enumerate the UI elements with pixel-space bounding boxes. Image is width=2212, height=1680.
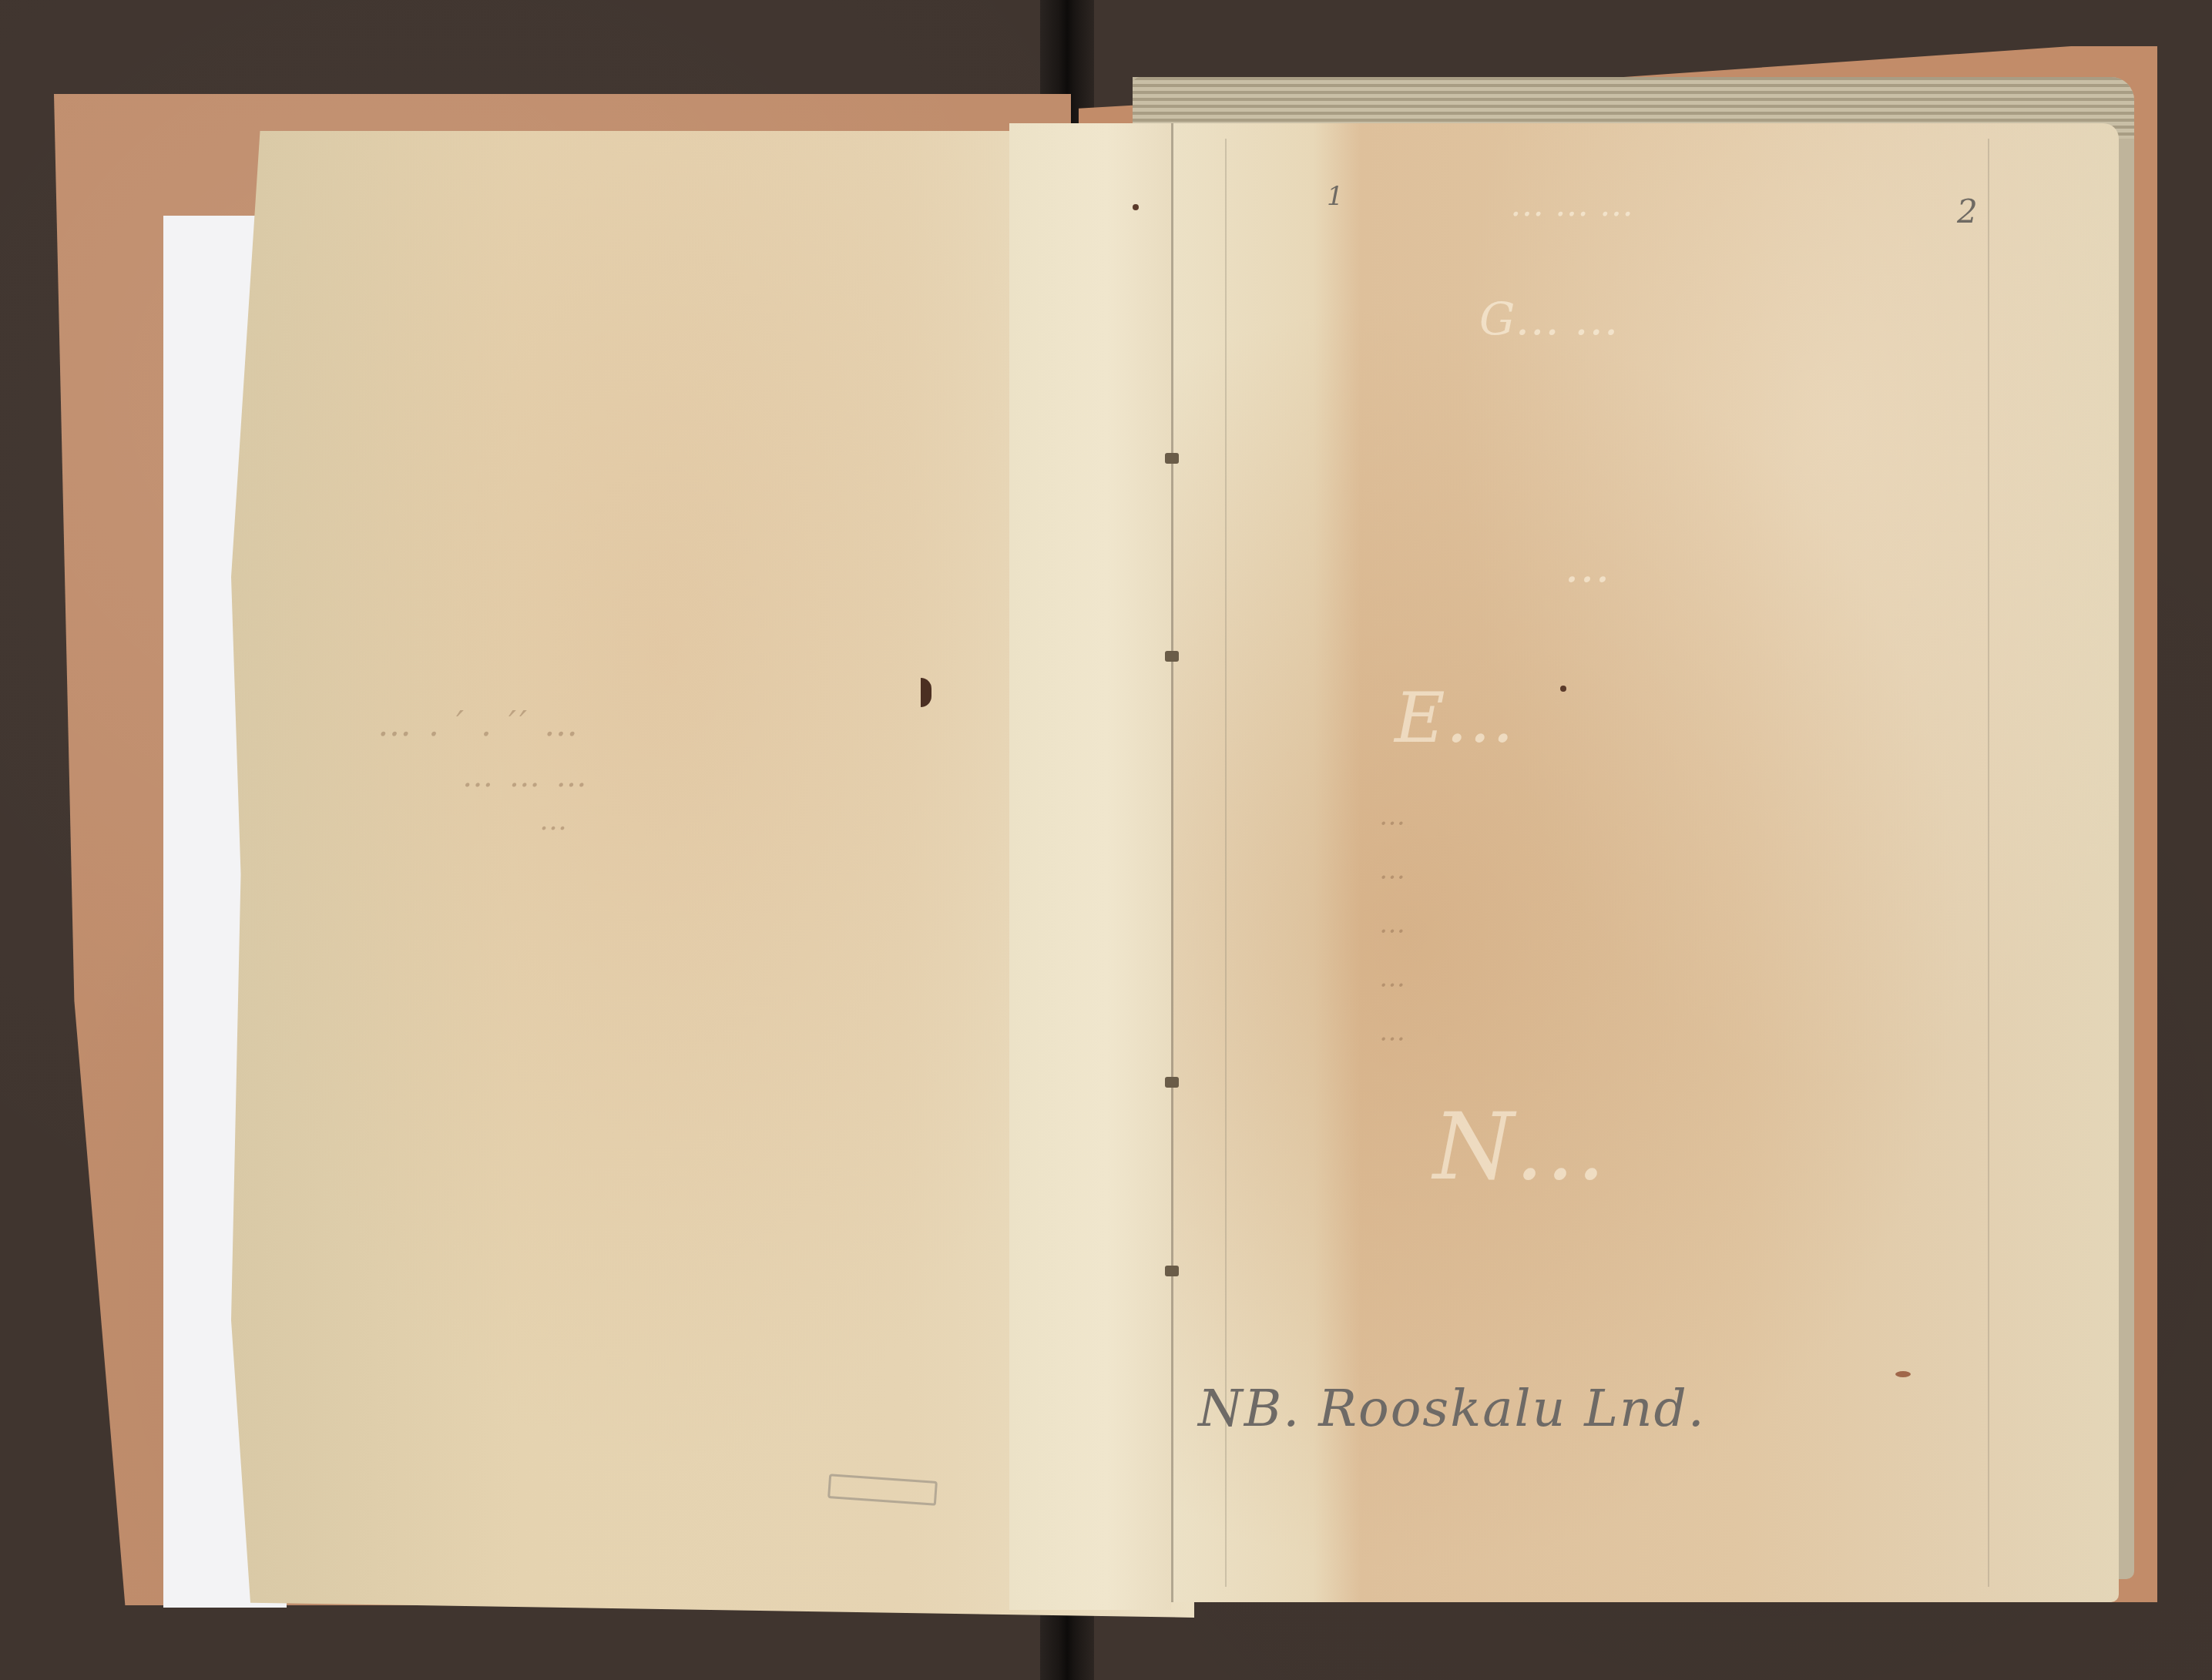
- ruled-margin-line: [1225, 139, 1227, 1587]
- binding-stitch: [1165, 1077, 1179, 1088]
- ghost-heading-line: … … …: [1510, 185, 1633, 224]
- stain: [1895, 1371, 1911, 1377]
- ghost-heading-line: …: [1564, 539, 1610, 593]
- faded-text-line: … . ′ . ′′ …: [378, 705, 581, 744]
- left-page-inner-fold: [1009, 123, 1171, 1610]
- ghost-signature: N…: [1433, 1094, 1606, 1201]
- faded-text-line: …: [1379, 801, 1408, 832]
- ghost-heading-line: E…: [1395, 678, 1515, 759]
- binding-stitch: [1165, 453, 1179, 464]
- faded-text-line: …: [539, 805, 570, 837]
- spine-crease: [1171, 123, 1173, 1602]
- faded-text-line: …: [1379, 1017, 1408, 1048]
- ruled-margin-line: [1988, 139, 1989, 1587]
- faded-text-line: …: [1379, 909, 1408, 940]
- ghost-heading-line: G… …: [1479, 293, 1619, 345]
- page-number-2: 2: [1957, 193, 1978, 230]
- pencil-annotation: NB. Rooskalu Lnd.: [1198, 1379, 1706, 1438]
- page-number-1: 1: [1327, 181, 1344, 212]
- binding-stitch: [1165, 1266, 1179, 1276]
- ink-dot: [1133, 204, 1139, 210]
- ink-dot: [1560, 686, 1566, 692]
- faded-text-line: …: [1379, 855, 1408, 886]
- faded-text-line: … … …: [462, 759, 589, 794]
- faded-text-line: …: [1379, 963, 1408, 994]
- binding-stitch: [1165, 651, 1179, 662]
